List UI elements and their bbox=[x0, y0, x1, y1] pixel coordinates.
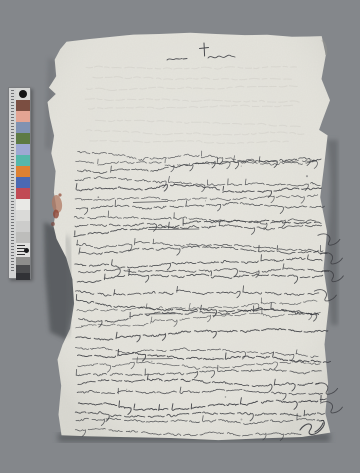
color-patch-white bbox=[16, 199, 30, 210]
calibration-bar-micro-text bbox=[11, 90, 14, 272]
color-patch-salmon bbox=[16, 111, 30, 122]
calibration-bar-text-strip bbox=[9, 88, 16, 278]
color-patch-teal bbox=[16, 155, 30, 166]
color-patch-gray-40 bbox=[16, 257, 30, 265]
manuscript-page bbox=[0, 0, 360, 473]
color-patch-gray-20 bbox=[16, 265, 30, 273]
color-patch-red bbox=[16, 188, 30, 199]
target-dot-icon bbox=[24, 248, 29, 253]
calibration-patches bbox=[16, 88, 30, 278]
color-patch-blue bbox=[16, 177, 30, 188]
color-patch-gray-60 bbox=[16, 232, 30, 243]
paper-leaf bbox=[48, 33, 331, 440]
color-patch-slate-blue bbox=[16, 122, 30, 133]
color-patch-periwinkle bbox=[16, 144, 30, 155]
color-patch-gray-90 bbox=[16, 210, 30, 221]
color-patch-green bbox=[16, 133, 30, 144]
registration-dot-icon bbox=[19, 90, 27, 98]
color-patch-dark-brown bbox=[16, 100, 30, 111]
color-patch-registration-dot bbox=[16, 88, 30, 100]
color-patch-resolution-target bbox=[16, 243, 30, 257]
color-patch-black bbox=[16, 273, 30, 280]
color-patch-orange bbox=[16, 166, 30, 177]
photograph bbox=[0, 0, 360, 473]
color-patch-gray-75 bbox=[16, 221, 30, 232]
color-calibration-bar bbox=[8, 87, 31, 279]
